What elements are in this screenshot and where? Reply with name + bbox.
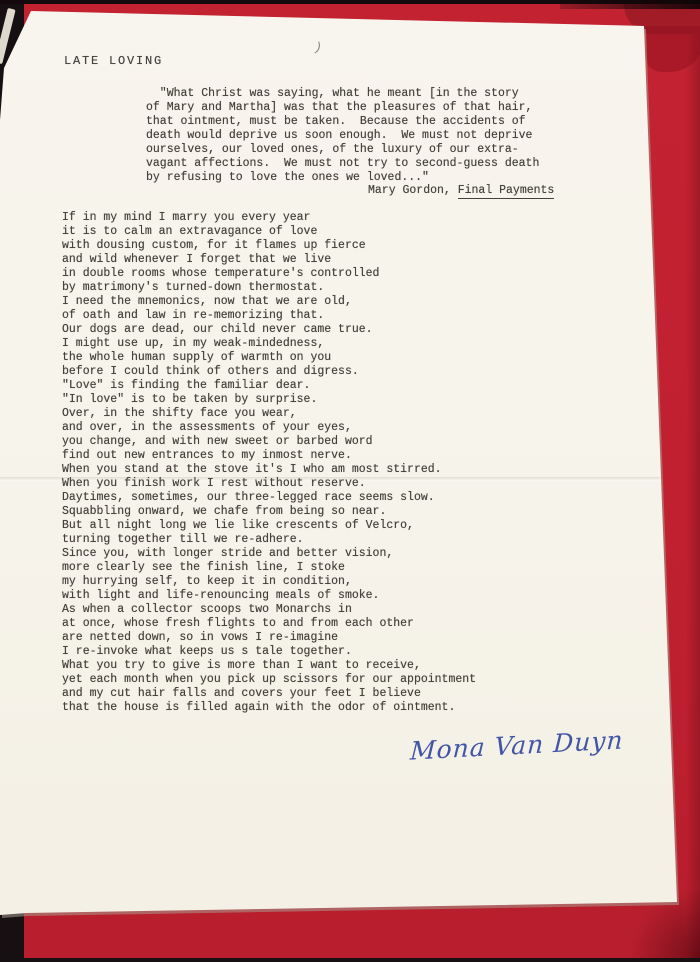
epigraph-attribution: Mary Gordon, Final Payments — [368, 184, 554, 198]
stray-pen-mark: ) — [312, 39, 324, 56]
top-right-dark-strip — [560, 0, 700, 9]
poem-title: LATE LOVING — [64, 54, 163, 68]
epigraph-quote: "What Christ was saying, what he meant [… — [146, 87, 539, 185]
typescript-sheet: ) LATE LOVING "What Christ was saying, w… — [0, 0, 700, 962]
attribution-work-title: Final Payments — [458, 184, 555, 199]
attribution-author: Mary Gordon, — [368, 184, 458, 197]
photographed-page: ) LATE LOVING "What Christ was saying, w… — [0, 0, 700, 962]
folder-right-shade — [686, 2, 700, 958]
poem-body: If in my mind I marry you every year it … — [62, 211, 476, 715]
author-signature: Mona Van Duyn — [409, 725, 624, 765]
